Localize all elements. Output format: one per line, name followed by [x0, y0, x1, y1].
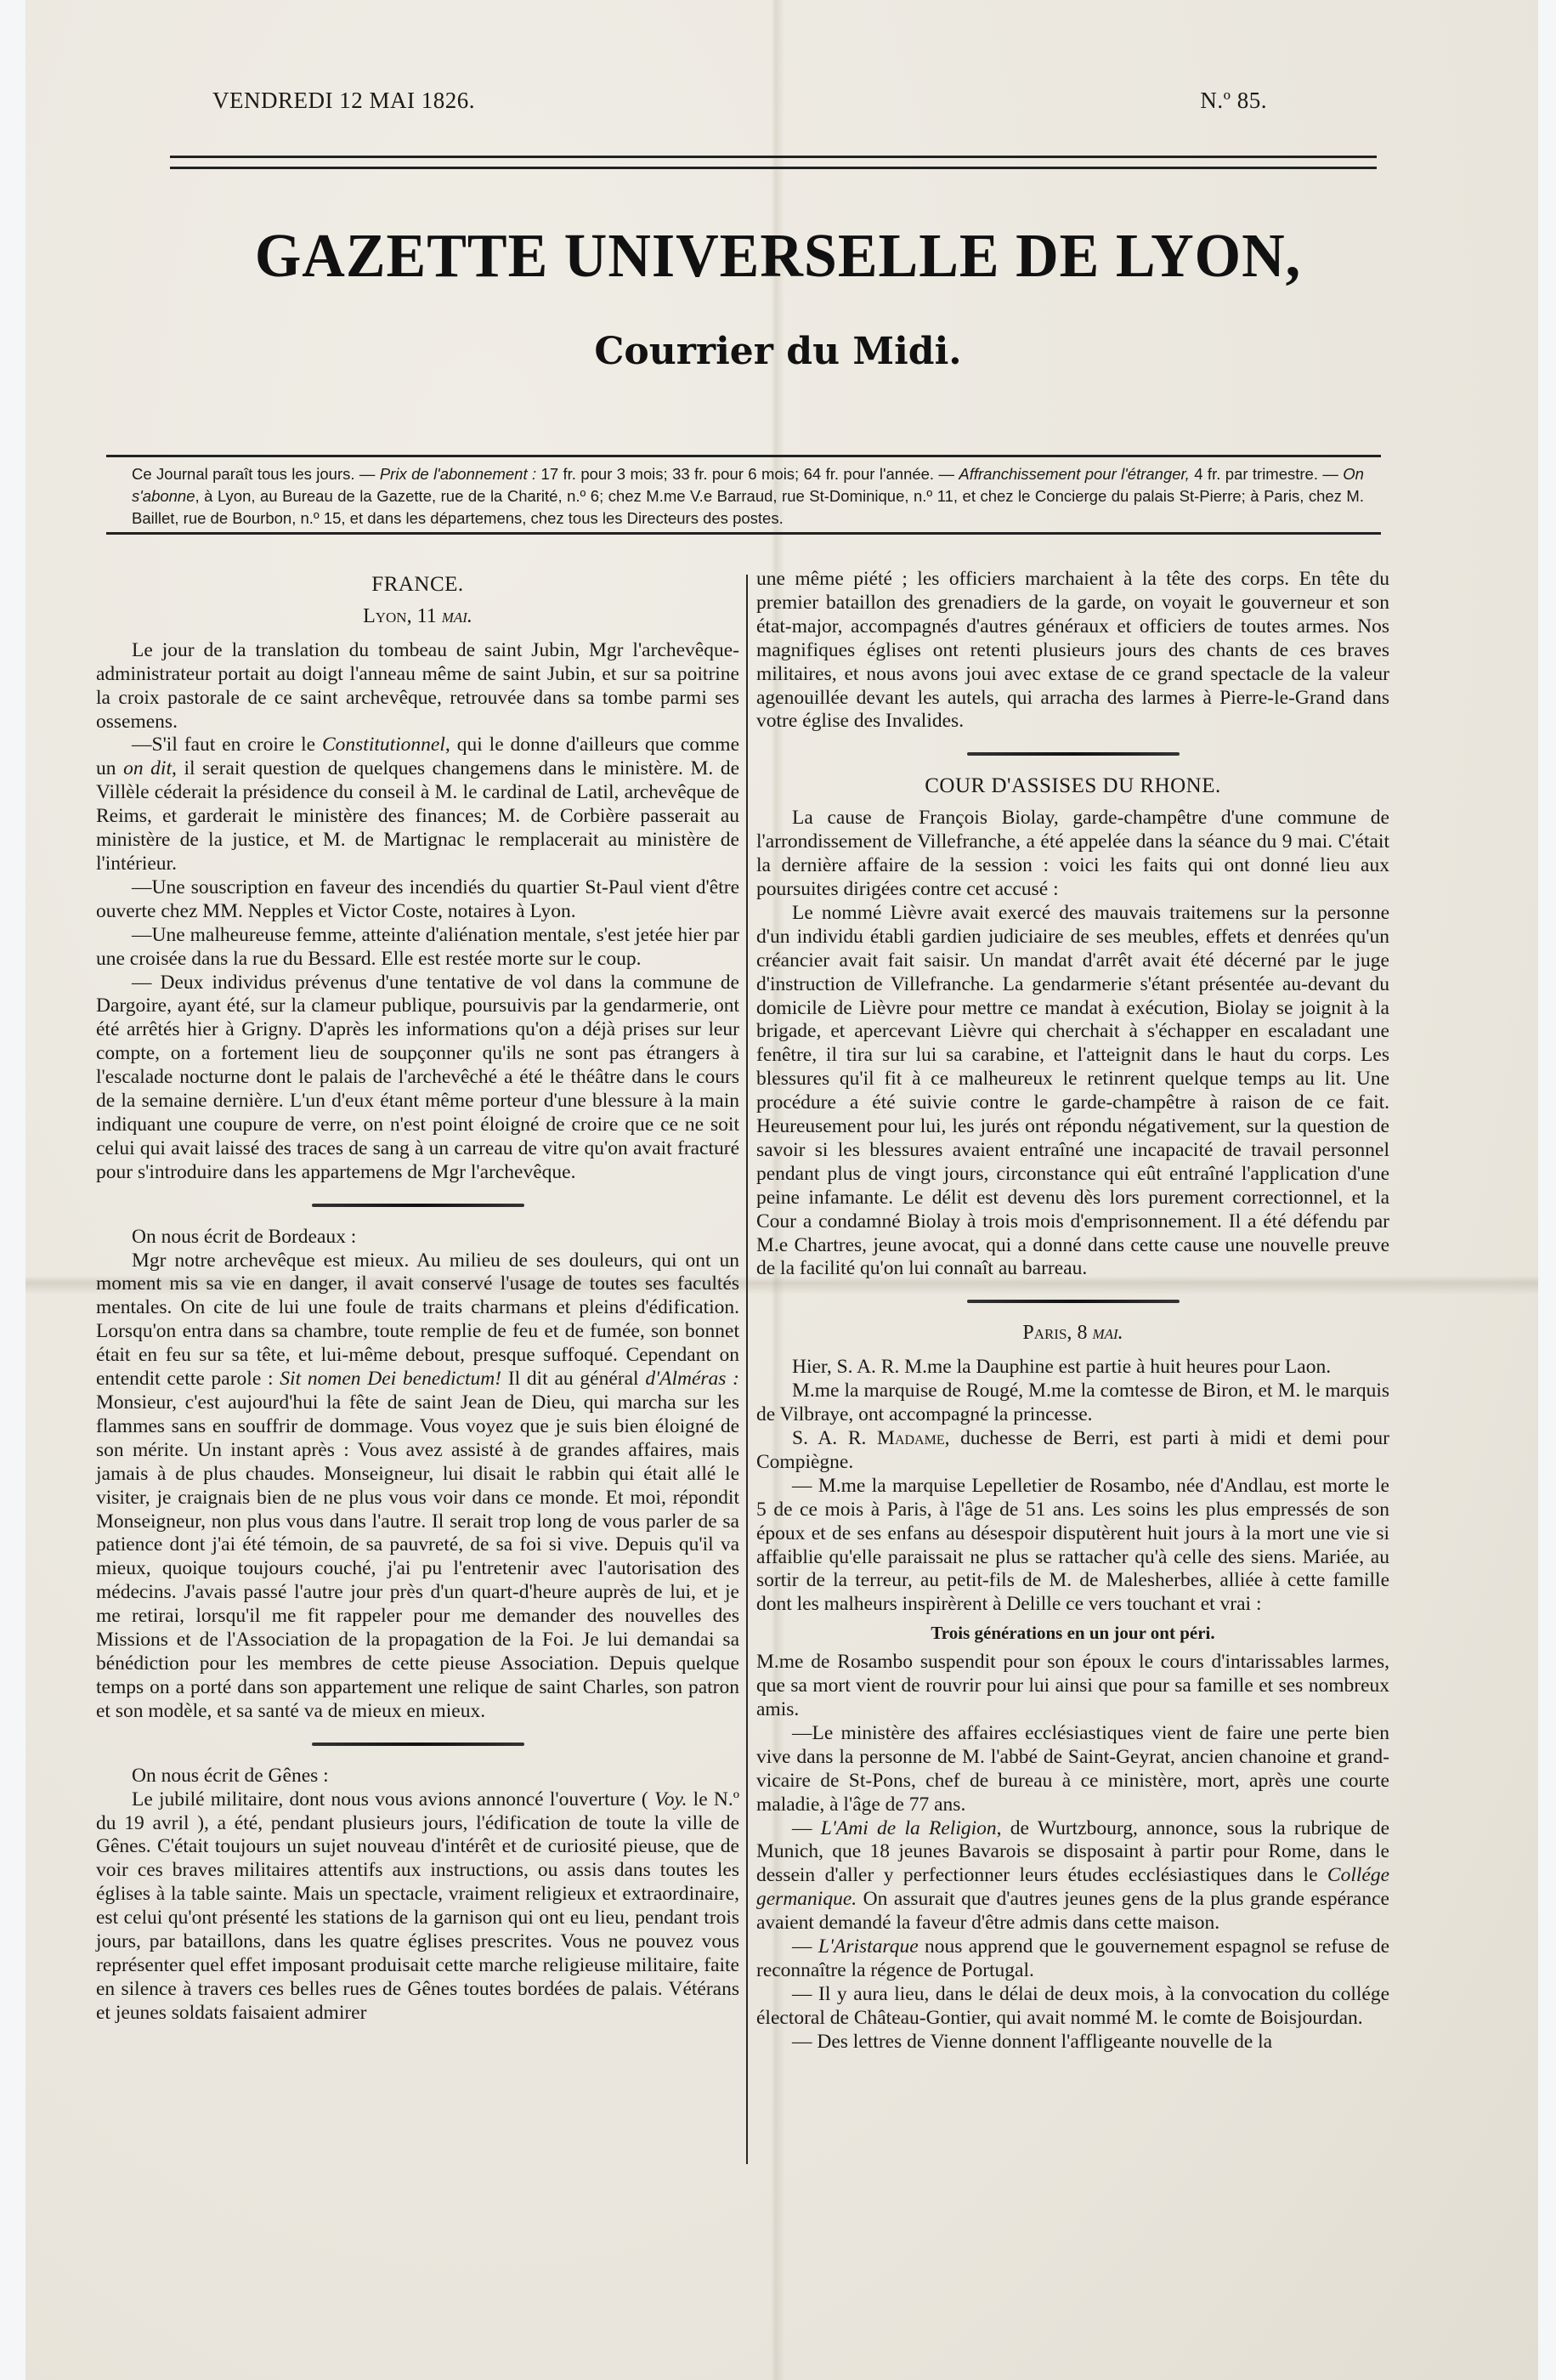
text: , il serait question de quelques changem… — [96, 757, 739, 875]
italic-text: Sit nomen Dei benedictum! — [280, 1368, 501, 1390]
article-intro: On nous écrit de Gênes : — [96, 1765, 739, 1788]
dateline-paris: Paris, 8 mai. — [756, 1322, 1389, 1346]
text: Il dit au général — [501, 1368, 645, 1390]
verse-quote: Trois générations en un jour ont péri. — [756, 1622, 1389, 1646]
section-separator — [312, 1204, 524, 1207]
text: — — [792, 1817, 821, 1839]
section-separator — [967, 752, 1180, 756]
dateline-month: mai. — [1092, 1322, 1123, 1344]
left-column: FRANCE. Lyon, 11 mai. Le jour de la tran… — [96, 568, 739, 2026]
masthead-double-rule — [170, 156, 1377, 169]
issue-date: VENDREDI 12 MAI 1826. — [212, 88, 475, 114]
info-rule-bottom — [106, 532, 1381, 535]
article-paragraph: Mgr notre archevêque est mieux. Au milie… — [96, 1249, 739, 1724]
info-italic: Affranchissement pour l'étranger, — [959, 465, 1189, 483]
article-paragraph: Le jour de la translation du tombeau de … — [96, 639, 739, 734]
section-separator — [312, 1742, 524, 1746]
article-paragraph: — Des lettres de Vienne donnent l'afflig… — [756, 2031, 1389, 2054]
article-paragraph: M.me de Rosambo suspendit pour son époux… — [756, 1651, 1389, 1722]
info-rule-top — [106, 455, 1381, 457]
italic-text: d'Alméras : — [645, 1368, 739, 1390]
small-caps-text: Madame — [877, 1427, 945, 1449]
article-paragraph: —Une malheureuse femme, atteinte d'alién… — [96, 924, 739, 972]
text: Le jubilé militaire, dont nous vous avio… — [132, 1788, 654, 1810]
newspaper-title: GAZETTE UNIVERSELLE DE LYON, — [0, 221, 1556, 292]
right-column: une même piété ; les officiers marchaien… — [756, 568, 1389, 2054]
italic-text: Voy. — [654, 1788, 687, 1810]
text: Monsieur, c'est aujourd'hui la fête de s… — [96, 1391, 739, 1722]
italic-text: L'Ami de la Religion — [821, 1817, 997, 1839]
info-text: , à Lyon, au Bureau de la Gazette, rue d… — [132, 487, 1364, 527]
article-paragraph: Le jubilé militaire, dont nous vous avio… — [96, 1788, 739, 2026]
article-paragraph: Hier, S. A. R. M.me la Dauphine est part… — [756, 1356, 1389, 1380]
italic-text: L'Aristarque — [818, 1935, 919, 1958]
dateline-place: Lyon, — [363, 605, 412, 627]
article-paragraph: —Le ministère des affaires ecclésiastiqu… — [756, 1722, 1389, 1817]
article-paragraph: La cause de François Biolay, garde-champ… — [756, 807, 1389, 902]
info-text: 17 fr. pour 3 mois; 33 fr. pour 6 mois; … — [536, 465, 959, 483]
article-paragraph: —Une souscription en faveur des incendié… — [96, 876, 739, 924]
article-paragraph: — L'Ami de la Religion, de Wurtzbourg, a… — [756, 1817, 1389, 1936]
newspaper-subtitle: Courrier du Midi. — [0, 330, 1556, 373]
info-text: Ce Journal paraît tous les jours. — — [132, 465, 380, 483]
section-title-france: FRANCE. — [96, 573, 739, 597]
italic-text: on dit — [123, 757, 172, 779]
article-intro: On nous écrit de Bordeaux : — [96, 1226, 739, 1249]
text: S. A. R. — [792, 1427, 877, 1449]
dateline-place: Paris, — [1022, 1322, 1072, 1344]
masthead-top-line: VENDREDI 12 MAI 1826. N.º 85. — [212, 88, 1267, 114]
article-paragraph: S. A. R. Madame, duchesse de Berri, est … — [756, 1427, 1389, 1475]
article-paragraph: — Il y aura lieu, dans le délai de deux … — [756, 1983, 1389, 2031]
text: — — [792, 1935, 818, 1958]
issue-number: N.º 85. — [1200, 88, 1267, 114]
article-paragraph: — M.me la marquise Lepelletier de Rosamb… — [756, 1475, 1389, 1617]
dateline-day: 8 — [1072, 1322, 1092, 1344]
subscription-info: Ce Journal paraît tous les jours. — Prix… — [132, 463, 1364, 530]
text: le N.º du 19 avril ), a été, pendant plu… — [96, 1788, 739, 2024]
text: —S'il faut en croire le — [132, 734, 322, 756]
article-paragraph: M.me la marquise de Rougé, M.me la comte… — [756, 1380, 1389, 1427]
article-paragraph: une même piété ; les officiers marchaien… — [756, 568, 1389, 734]
info-italic: Prix de l'abonnement : — [380, 465, 536, 483]
article-paragraph: Le nommé Lièvre avait exercé des mauvais… — [756, 902, 1389, 1282]
article-paragraph: — L'Aristarque nous apprend que le gouve… — [756, 1935, 1389, 1983]
article-paragraph: — Deux individus prévenus d'une tentativ… — [96, 972, 739, 1185]
dateline-day: 11 — [412, 605, 442, 627]
column-divider — [746, 575, 748, 2164]
dateline-lyon: Lyon, 11 mai. — [96, 605, 739, 629]
section-separator — [967, 1300, 1180, 1303]
article-paragraph: —S'il faut en croire le Constitutionnel,… — [96, 734, 739, 875]
italic-text: Constitutionnel — [322, 734, 445, 756]
section-title-cour-assises: COUR D'ASSISES DU RHONE. — [756, 774, 1389, 798]
dateline-month: mai. — [442, 605, 472, 627]
info-text: 4 fr. par trimestre. — — [1190, 465, 1343, 483]
